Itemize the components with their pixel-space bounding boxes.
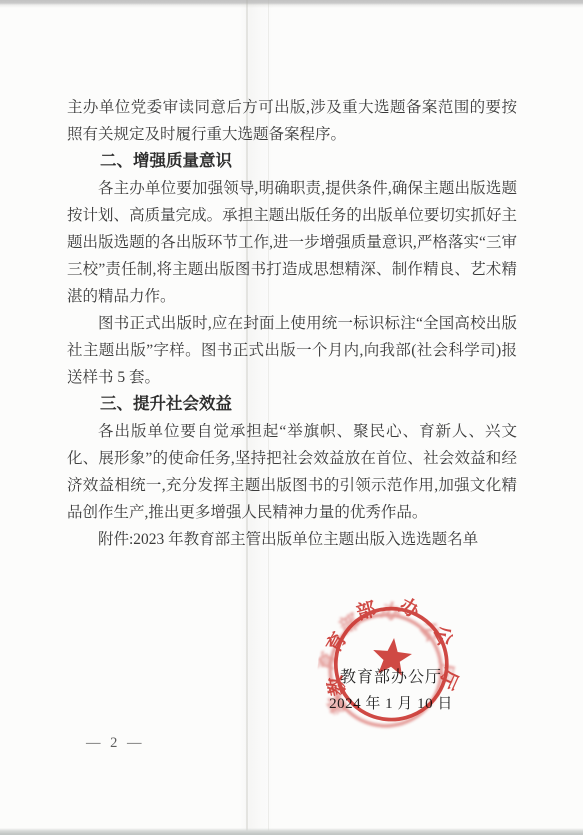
body-paragraph: 各主办单位要加强领导,明确职责,提供条件,确保主题出版选题按计划、高质量完成。承… <box>67 175 517 310</box>
section-heading-quality: 二、增强质量意识 <box>67 148 517 175</box>
seal-star-icon <box>371 636 414 677</box>
document-body: 主办单位党委审读同意后方可出版,涉及重大选题备案范围的要按照有关规定及时履行重大… <box>67 94 517 553</box>
official-seal: 教育部办公厅 教育部办公厅 <box>311 587 471 747</box>
body-paragraph: 各出版单位要自觉承担起“举旗帜、聚民心、育新人、兴文化、展形象”的使命任务,坚持… <box>67 418 517 526</box>
body-paragraph: 图书正式出版时,应在封面上使用统一标识标注“全国高校出版社主题出版”字样。图书正… <box>67 310 517 391</box>
scanned-document-page: 主办单位党委审读同意后方可出版,涉及重大选题备案范围的要按照有关规定及时履行重大… <box>0 0 583 835</box>
body-paragraph-continuation: 主办单位党委审读同意后方可出版,涉及重大选题备案范围的要按照有关规定及时履行重大… <box>67 94 517 148</box>
attachment-line: 附件:2023 年教育部主管出版单位主题出版入选选题名单 <box>67 526 517 553</box>
scan-bottom-edge <box>0 828 583 835</box>
section-heading-social-benefit: 三、提升社会效益 <box>67 391 517 418</box>
page-number: — 2 — <box>86 735 145 752</box>
scan-top-edge <box>0 0 583 8</box>
